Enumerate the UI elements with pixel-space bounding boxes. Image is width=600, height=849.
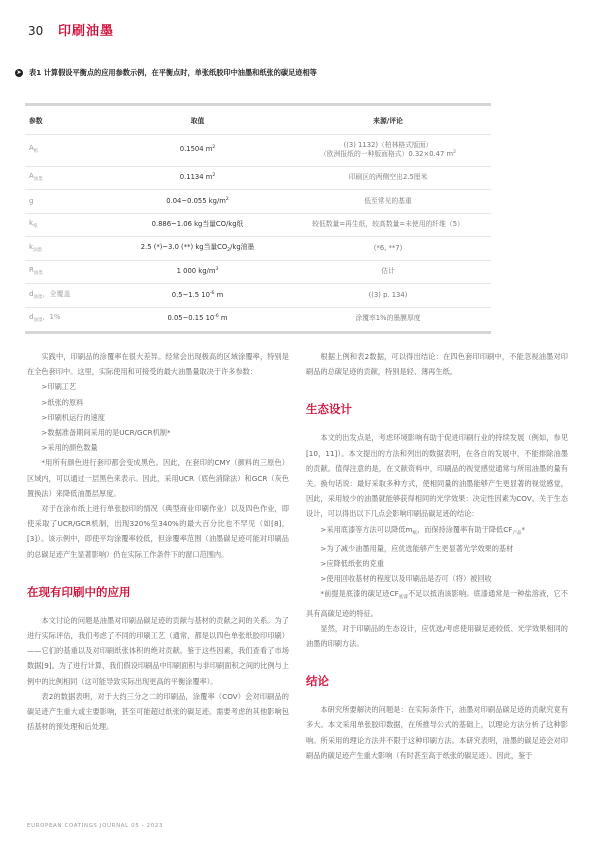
value-text: 0.5~1.5 10 <box>172 291 210 299</box>
table-caption: ➤ 表1 计算假设平衡点的应用参数示例，在平衡点时，单张纸胶印中油墨和纸张的碳足… <box>15 68 317 78</box>
param-symbol: g <box>29 197 33 205</box>
list-item-text: * <box>521 525 525 534</box>
table-row: A油墨 0.1134 m2 印刷区的两侧空出2.5厘米 <box>25 166 491 190</box>
subscript: 底漆 <box>399 595 408 600</box>
paragraph: 表2的数据表明，对于大约三分之二的印刷品，涂覆率（COV）会对印刷品的碳足迹产生… <box>27 689 289 735</box>
value-text: 0.1134 m <box>180 173 213 181</box>
paragraph: 对于在涂布纸上进行单张胶印的情况（典型商业印刷作业）以及四色作业，即使采取了UC… <box>27 501 289 562</box>
list-item: >为了减少油墨用量，应优选能够产生更显著光学效果的基材 <box>306 541 568 556</box>
list-item: >应降低纸张的克重 <box>306 556 568 571</box>
footnote-paragraph: *用所有颜色进行套印都会变成黑色。因此，在套印的CMY（颜料的三原色）区域内，可… <box>27 455 289 501</box>
footnote-paragraph: *前提是底漆的碳足迹CF底漆不足以抵消该影响。底漆通常是一种盐溶液，它不具有高碳… <box>306 586 568 620</box>
source-text: 估计 <box>285 260 491 284</box>
paragraph: 本文讨论的问题是油墨对印刷品碳足迹的贡献与基材的贡献之间的关系。为了进行实际评估… <box>27 613 289 689</box>
paragraph: 显然，对于印刷品的生态设计，应优选/考虑使用碳足迹较低、光学效果相同的油墨的印刷… <box>306 621 568 651</box>
param-subscript: 油墨 <box>34 177 43 182</box>
table-row: k油墨 2.5 (*)~3.0 (**) kg当量CO2/kg油墨 (*6, *… <box>25 237 491 261</box>
table-bottom-rule <box>25 331 491 334</box>
list-item: >采用的颜色数量 <box>27 440 289 455</box>
source-text: 涂覆率1%的墨膜厚度 <box>285 307 491 331</box>
source-text: (*6, **7) <box>285 237 491 261</box>
table-row: A纸 0.1504 m2 ((3) 1132)（柏林格式版面） （欧洲报纸的一种… <box>25 134 491 166</box>
value-text: 1 000 kg/m <box>177 267 216 275</box>
paragraph: 本文的出发点是，考虑环境影响有助于促进印刷行业的持续发展（例如，参见[10，11… <box>306 430 568 521</box>
list-item-text: >采用底漆等方法可以降低m <box>320 525 412 534</box>
table-row: g 0.04~0.055 kg/m2 低至常见的基重 <box>25 190 491 214</box>
journal-footer: EUROPEAN COATINGS JOURNAL 05 - 2023 <box>27 823 163 829</box>
section-heading-application: 在现有印刷中的应用 <box>27 585 289 599</box>
value-text-post: /kg油墨 <box>230 243 254 251</box>
note-text: *前提是底漆的碳足迹CF <box>320 589 398 598</box>
list-item: >印刷机运行的速度 <box>27 410 289 425</box>
param-subscript: 油墨 <box>34 271 43 276</box>
source-superscript: 2 <box>453 150 456 155</box>
paragraph: 本研究所要解决的问题是：在实际条件下，油墨对印刷品碳足迹的贡献究竟有多大。本文采… <box>306 702 568 763</box>
source-line2-text: （欧洲报纸的一种版面格式）0.32×0.47 m <box>320 150 453 158</box>
param-subscript: 纸 <box>34 149 39 154</box>
value-superscript: 2 <box>212 145 215 150</box>
left-column: 实践中，印刷品的涂覆率在很大差异。经常会出现极高的区域涂覆率，特别是在全色套印中… <box>27 349 289 734</box>
source-text: ((3) 1132)（柏林格式版面） <box>285 141 491 150</box>
list-item: >采用底漆等方法可以降低m纸，而保持涂覆率有助于降低CF产品* <box>306 522 568 541</box>
section-heading-conclusion: 结论 <box>306 674 568 688</box>
table-row: d油墨，全覆盖 0.5~1.5 10-6 m ((3) p. 134) <box>25 284 491 308</box>
source-text: ((3) p. 134) <box>285 284 491 308</box>
header-value: 取值 <box>110 106 285 134</box>
arrow-circle-icon: ➤ <box>15 69 23 77</box>
value-text-post: m <box>214 291 223 299</box>
value-superscript: 3 <box>215 267 218 272</box>
list-item: >印刷工艺 <box>27 379 289 394</box>
paragraph: 实践中，印刷品的涂覆率在很大差异。经常会出现极高的区域涂覆率，特别是在全色套印中… <box>27 349 289 379</box>
value-text: 0.04~0.055 kg/m <box>166 197 226 205</box>
value-text: 0.886~1.06 kg当量CO/kg纸 <box>110 213 285 237</box>
header-param: 参数 <box>25 106 110 134</box>
param-suffix: ，1% <box>42 313 60 321</box>
page-number: 30 <box>28 24 58 38</box>
source-text: 低至常见的基重 <box>285 190 491 214</box>
parameter-table: 参数 取值 来源/评论 A纸 0.1504 m2 ((3) 1132)（柏林格式… <box>25 103 491 334</box>
table-caption-text: 表1 计算假设平衡点的应用参数示例，在平衡点时，单张纸胶印中油墨和纸张的碳足迹相… <box>29 68 317 78</box>
header-source: 来源/评论 <box>285 106 491 134</box>
param-subscript: 纸 <box>33 224 38 229</box>
table-row: R油墨 1 000 kg/m3 估计 <box>25 260 491 284</box>
source-text-line2: （欧洲报纸的一种版面格式）0.32×0.47 m2 <box>285 150 491 159</box>
value-text-post: m <box>219 314 228 322</box>
value-superscript: 2 <box>226 197 229 202</box>
param-subscript: 油墨 <box>33 248 42 253</box>
table-row: k纸 0.886~1.06 kg当量CO/kg纸 较低数量=再生纸，较高数量=未… <box>25 213 491 237</box>
value-text: 2.5 (*)~3.0 (**) kg当量CO <box>141 243 228 251</box>
list-item: >数据准备期间采用的是UCR/GCR机制* <box>27 425 289 440</box>
source-text: 较低数量=再生纸，较高数量=未使用的纤维（5） <box>285 213 491 237</box>
source-text: 印刷区的两侧空出2.5厘米 <box>285 166 491 190</box>
value-text: 0.05~0.15 10 <box>167 314 214 322</box>
section-heading-ecodesign: 生态设计 <box>306 402 568 416</box>
value-text: 0.1504 m <box>180 145 213 153</box>
paragraph: 根据上例和表2数据，可以得出结论：在四色套印印刷中，不能忽视油墨对印刷品的总碳足… <box>306 349 568 379</box>
list-item-text: ，而保持涂覆率有助于降低CF <box>417 525 512 534</box>
page-header: 30 印刷油墨 <box>28 20 114 39</box>
table-row: d油墨，1% 0.05~0.15 10-6 m 涂覆率1%的墨膜厚度 <box>25 307 491 331</box>
list-item: >纸张的原料 <box>27 395 289 410</box>
table-header-row: 参数 取值 来源/评论 <box>25 106 491 134</box>
list-item: >使用回收基材的程度以及印刷品是否可（将）被回收 <box>306 571 568 586</box>
param-suffix: ，全覆盖 <box>42 290 70 298</box>
right-column: 根据上例和表2数据，可以得出结论：在四色套印印刷中，不能忽视油墨对印刷品的总碳足… <box>306 349 568 763</box>
section-title: 印刷油墨 <box>58 20 114 39</box>
value-superscript: 2 <box>212 173 215 178</box>
